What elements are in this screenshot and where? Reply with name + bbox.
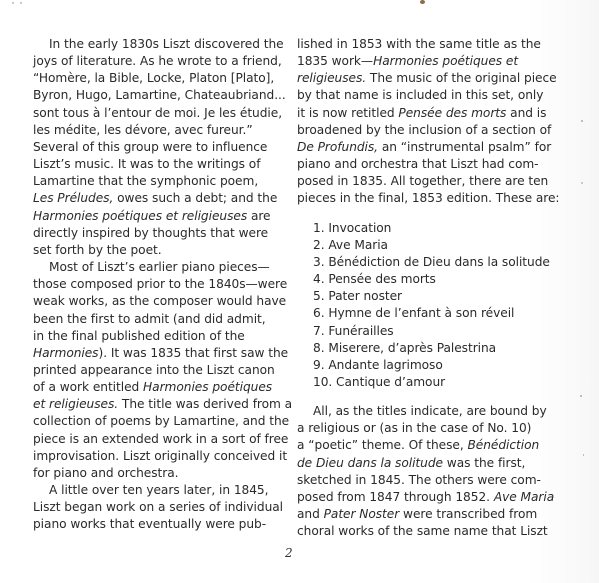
text-line-mixed: posed from 1847 through 1852. Ave Maria [297,489,555,506]
italic-title: Harmonies poétiques et [373,54,518,68]
text-line-mixed: 1835 work—Harmonies poétiques et [297,53,555,70]
page-number: 2 [285,546,293,560]
track-list: 1. Invocation 2. Ave Maria 3. Bénédictio… [297,220,555,392]
italic-title: Harmonies [33,346,98,360]
text-line: pieces in the final, 1853 edition. These… [297,190,555,207]
text-line-mixed: De Profundis, an “instrumental psalm” fo… [297,139,555,156]
text-line-mixed: it is now retitled Pensée des morts and … [297,105,555,122]
text-line-mixed: and Pater Noster were transcribed from [297,506,555,523]
text-line: set forth by the poet. [33,242,278,259]
text-line: improvisation. Liszt originally conceive… [33,448,278,465]
paragraph: lished in 1853 with the same title as th… [297,36,555,208]
track-item: 10. Cantique d’amour [297,374,555,391]
text-line: Lamartine that the symphonic poem, [33,173,278,190]
text-line: collection of poems by Lamartine, and th… [33,413,278,430]
text-line: A little over ten years later, in 1845, [33,482,278,499]
text-line-mixed: et religieuses. The title was derived fr… [33,396,278,413]
print-speck [583,454,584,456]
text-line: joys of literature. As he wrote to a fri… [33,53,278,70]
paragraph: A little over ten years later, in 1845, … [33,482,278,533]
text-line: Several of this group were to influence [33,139,278,156]
text-line-mixed: a “poetic” theme. Of these, Bénédiction [297,437,555,454]
track-item: 5. Pater noster [297,288,555,305]
print-speck [580,395,582,397]
text-line: sont tous à l’entour de moi. Je les étud… [33,105,278,122]
italic-title: De Profundis, [297,140,378,154]
text-line: piece is an extended work in a sort of f… [33,431,278,448]
paragraph: All, as the titles indicate, are bound b… [297,403,555,540]
track-item: 1. Invocation [297,220,555,237]
text-line: sketched in 1845. The others were com- [297,472,555,489]
italic-title: Les Préludes, [33,191,113,205]
text-line: Most of Liszt’s earlier piano pieces— [33,259,278,276]
track-item: 7. Funérailles [297,323,555,340]
track-item: 4. Pensée des morts [297,271,555,288]
paragraph: In the early 1830s Liszt discovered the … [33,36,278,259]
print-speck [581,120,583,122]
paragraph: Most of Liszt’s earlier piano pieces— th… [33,259,278,482]
text-line-mixed: religieuses. The music of the original p… [297,70,555,87]
italic-title: Bénédiction [467,438,539,452]
text-line: been the first to admit (and did admit, [33,311,278,328]
track-item: 9. Andante lagrimoso [297,357,555,374]
text-line: in the final published edition of the [33,328,278,345]
right-column: lished in 1853 with the same title as th… [297,36,555,540]
track-item: 2. Ave Maria [297,237,555,254]
text-line: Liszt’s music. It was to the writings of [33,156,278,173]
text-line: a religious or (as in the case of No. 10… [297,420,555,437]
text-line: piano and orchestra that Liszt had com- [297,156,555,173]
track-item: 3. Bénédiction de Dieu dans la solitude [297,254,555,271]
text-line: “Homère, la Bible, Locke, Platon [Plato]… [33,70,278,87]
text-line: lished in 1853 with the same title as th… [297,36,555,53]
text-line-mixed: Harmonies). It was 1835 that first saw t… [33,345,278,362]
left-column: In the early 1830s Liszt discovered the … [33,36,278,534]
text-line: Liszt began work on a series of individu… [33,499,278,516]
booklet-page: In the early 1830s Liszt discovered the … [0,0,599,583]
print-speck [12,2,14,4]
italic-title: et religieuses. [33,397,118,411]
print-speck [581,182,583,184]
italic-title: Harmonies poétiques [143,380,272,394]
italic-title: Pater Noster [324,507,400,521]
italic-title: Ave Maria [494,490,554,504]
text-line-mixed: Les Préludes, owes such a debt; and the [33,190,278,207]
track-item: 8. Miserere, d’après Palestrina [297,340,555,357]
text-line: printed appearance into the Liszt canon [33,362,278,379]
italic-title: religieuses. [297,71,366,85]
text-line: directly inspired by thoughts that were [33,225,278,242]
text-line: les médite, les dévore, avec fureur.” [33,122,278,139]
text-line-mixed: de Dieu dans la solitude was the first, [297,455,555,472]
text-line: weak works, as the composer would have [33,293,278,310]
italic-title: Harmonies poétiques et religieuses [33,209,247,223]
text-line: Byron, Hugo, Lamartine, Chateaubriand... [33,87,278,104]
text-line-mixed: Harmonies poétiques et religieuses are [33,208,278,225]
text-line: broadened by the inclusion of a section … [297,122,555,139]
italic-title: de Dieu dans la solitude [297,456,443,470]
text-line: In the early 1830s Liszt discovered the [33,36,278,53]
print-speck [20,2,22,4]
text-line: by that name is included in this set, on… [297,87,555,104]
track-item: 6. Hymne de l’enfant à son réveil [297,305,555,322]
text-line-mixed: of a work entitled Harmonies poétiques [33,379,278,396]
text-line: for piano and orchestra. [33,465,278,482]
text-line: posed in 1835. All together, there are t… [297,173,555,190]
print-speck [420,0,425,4]
text-line: choral works of the same name that Liszt [297,523,555,540]
text-line: piano works that eventually were pub- [33,516,278,533]
italic-title: Pensée des morts [398,106,506,120]
text-line: All, as the titles indicate, are bound b… [297,403,555,420]
text-line: those composed prior to the 1840s—were [33,276,278,293]
